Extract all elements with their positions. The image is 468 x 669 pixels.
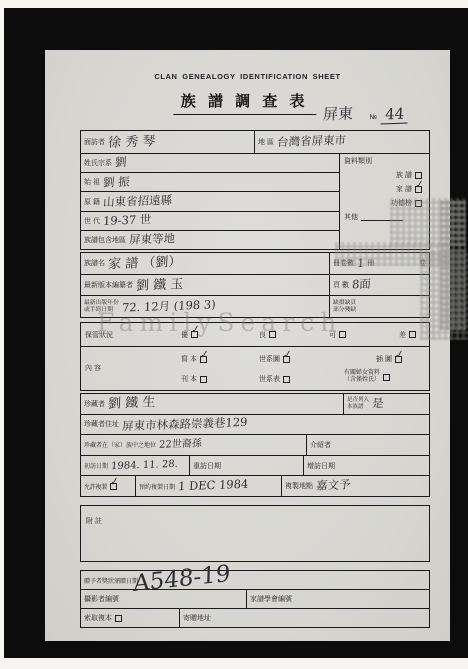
checkbox-gongdebang — [415, 200, 422, 207]
checkbox-chart-checked: ✓ — [283, 356, 290, 363]
book-title-value: 家 譜 （劉） — [108, 256, 182, 272]
first-visit-label: 初訪日期 — [84, 461, 108, 470]
listed-value: 是 — [372, 398, 384, 410]
compiler-value: 劉 鐵 玉 — [136, 278, 184, 293]
checkbox-good — [269, 331, 276, 338]
book-title-label: 族譜名 — [84, 258, 105, 268]
section-condition: 保管狀況 優 ✓ 良 可 差 內 容 寫 本 ✓ — [80, 322, 430, 391]
region-handwritten: 屏東 — [323, 106, 354, 122]
notes-label: 附 註 — [86, 518, 102, 525]
category-option-zupu: 族 譜 — [344, 170, 422, 180]
condition-label: 保管狀況 — [85, 330, 113, 340]
content-women-data: 有關婦女資料 （含僅姓氏） — [344, 370, 390, 384]
generations-value: 19-37 世 — [103, 214, 152, 227]
damage-label: 缺損缺頁 部分殘缺 — [333, 300, 356, 314]
content-pedigree-chart: 世系圖 ✓ — [259, 354, 290, 364]
category-option-gongdebang: 功德榜 — [344, 198, 422, 208]
copy-date-value: 1 DEC 1984 — [178, 479, 249, 493]
other-blank-line — [361, 213, 403, 221]
introducer-label: 介紹者 — [310, 440, 331, 450]
surname-label: 姓氏宗系 — [84, 158, 112, 168]
origin-label: 原 籍 — [84, 197, 100, 207]
additional-visit-label: 增訪日期 — [307, 461, 335, 471]
volumes-value: 1 — [357, 257, 365, 269]
volumes-unit-ce: 冊 — [367, 258, 374, 268]
sheet-number: 44 — [381, 107, 409, 125]
holder-label: 珍藏者 — [84, 399, 105, 409]
request-copy-label: 索取複本 — [84, 613, 112, 623]
mailing-address-label: 寄贈地址 — [183, 613, 211, 623]
copy-place-label: 複製地點 — [285, 481, 313, 491]
content-manuscript: 寫 本 ✓ — [181, 354, 207, 364]
listed-label: 是否列入 本族譜 — [347, 397, 369, 411]
holder-address-label: 珍藏者住址 — [84, 419, 119, 429]
holder-position-label: 珍藏者在（家）族中之地位 — [84, 440, 156, 449]
interviewer-label: 面訪者 — [84, 137, 105, 147]
checkbox-poor — [409, 331, 416, 338]
surname-value: 劉 — [115, 157, 127, 169]
pages-value: 8面 — [352, 279, 371, 291]
society-number-label: 家譜學會編號 — [250, 594, 292, 604]
section-notes: 附 註 — [80, 505, 430, 562]
checkbox-printed — [200, 376, 207, 383]
content-label: 內 容 — [85, 363, 101, 373]
compiler-label: 最新版本編纂者 — [84, 280, 133, 290]
checkbox-request-copy — [115, 615, 122, 622]
area-value: 台灣省屏東市 — [277, 135, 347, 149]
holder-position-value: 22世裔孫 — [159, 439, 202, 451]
checkbox-excellent-checked: ✓ — [191, 331, 198, 338]
grade-good: 良 — [259, 330, 276, 340]
content-printed: 刊 本 — [181, 374, 207, 384]
checkbox-permit-checked: ✓ — [110, 483, 117, 490]
pages-label: 頁 數 — [333, 280, 349, 290]
grade-fair: 可 — [329, 330, 346, 340]
number-sign: № — [369, 114, 377, 121]
checkbox-fair — [339, 331, 346, 338]
category-title: 資料類別 — [344, 156, 425, 166]
interviewer-value: 徐 秀 琴 — [108, 135, 156, 150]
first-ancestor-label: 始 祖 — [84, 177, 100, 187]
award-date-label: 贈予者獎狀頒贈日期 — [84, 576, 138, 585]
holder-address-value: 屏東市林森路崇義巷129 — [122, 416, 248, 432]
page-title-zh: 族 譜 調 查 表 — [173, 90, 317, 115]
coverage-label: 族譜包含地區 — [84, 235, 126, 245]
revisit-label: 重訪日期 — [193, 461, 221, 471]
holder-value: 劉 鐵 生 — [108, 396, 156, 411]
section-family-info: 面訪者 徐 秀 琴 地 區 台灣省屏東市 姓氏宗系 劉 始 祖 劉 振 原 籍 — [80, 130, 430, 250]
area-label: 地 區 — [258, 137, 274, 147]
page-title-en: CLAN GENEALOGY IDENTIFICATION SHEET — [45, 72, 450, 81]
first-visit-value: 1984. 11. 28. — [111, 459, 178, 471]
content-illustrations: 插 圖 ✓ — [376, 354, 402, 364]
grade-poor: 差 — [399, 330, 416, 340]
permit-copy-label: 允許複製 — [84, 482, 107, 491]
publish-date-label: 最新出版年份 或手寫日期 — [84, 300, 119, 314]
checkbox-manuscript-checked: ✓ — [200, 356, 207, 363]
category-option-other: 其他 — [344, 212, 422, 222]
origin-value: 山東省招遠縣 — [103, 195, 173, 209]
coverage-value: 屏東等地 — [129, 233, 176, 246]
section-book-info: 族譜名 家 譜 （劉） 冊卷數 1 冊 卷 最新版本編纂者 劉 鐵 玉 頁 數 … — [80, 252, 430, 318]
document-number-area: 屏東 № 44 — [323, 106, 409, 124]
copy-place-value: 嘉文予 — [316, 480, 351, 493]
generations-label: 世 代 — [84, 216, 100, 226]
checkbox-table — [283, 376, 290, 383]
section-holder: 珍藏者 劉 鐵 生 是否列入 本族譜 是 珍藏者住址 屏東市林森路崇義巷129 … — [80, 393, 430, 497]
document-page: CLAN GENEALOGY IDENTIFICATION SHEET 族 譜 … — [45, 50, 450, 641]
volumes-label: 冊卷數 — [333, 258, 354, 268]
volumes-unit-juan: 卷 — [419, 258, 426, 268]
checkbox-jiapu-checked: ✓ — [415, 186, 422, 193]
content-pedigree-table: 世系表 — [259, 374, 290, 384]
copy-date-label: 預約複製日期 — [139, 482, 175, 491]
first-ancestor-value: 劉 振 — [103, 176, 130, 188]
checkbox-illustration-checked: ✓ — [395, 356, 402, 363]
grade-excellent: 優 ✓ — [181, 330, 198, 340]
publish-date-value: 72. 12月 (198 3) — [122, 299, 216, 314]
section-admin: A548-19 贈予者獎狀頒贈日期 攝影者編號 家譜學會編號 索取複本 寄贈地址 — [80, 570, 430, 628]
checkbox-women — [383, 374, 390, 381]
photographer-label: 攝影者編號 — [84, 594, 119, 604]
category-option-jiapu: 家 譜 ✓ — [344, 184, 422, 194]
